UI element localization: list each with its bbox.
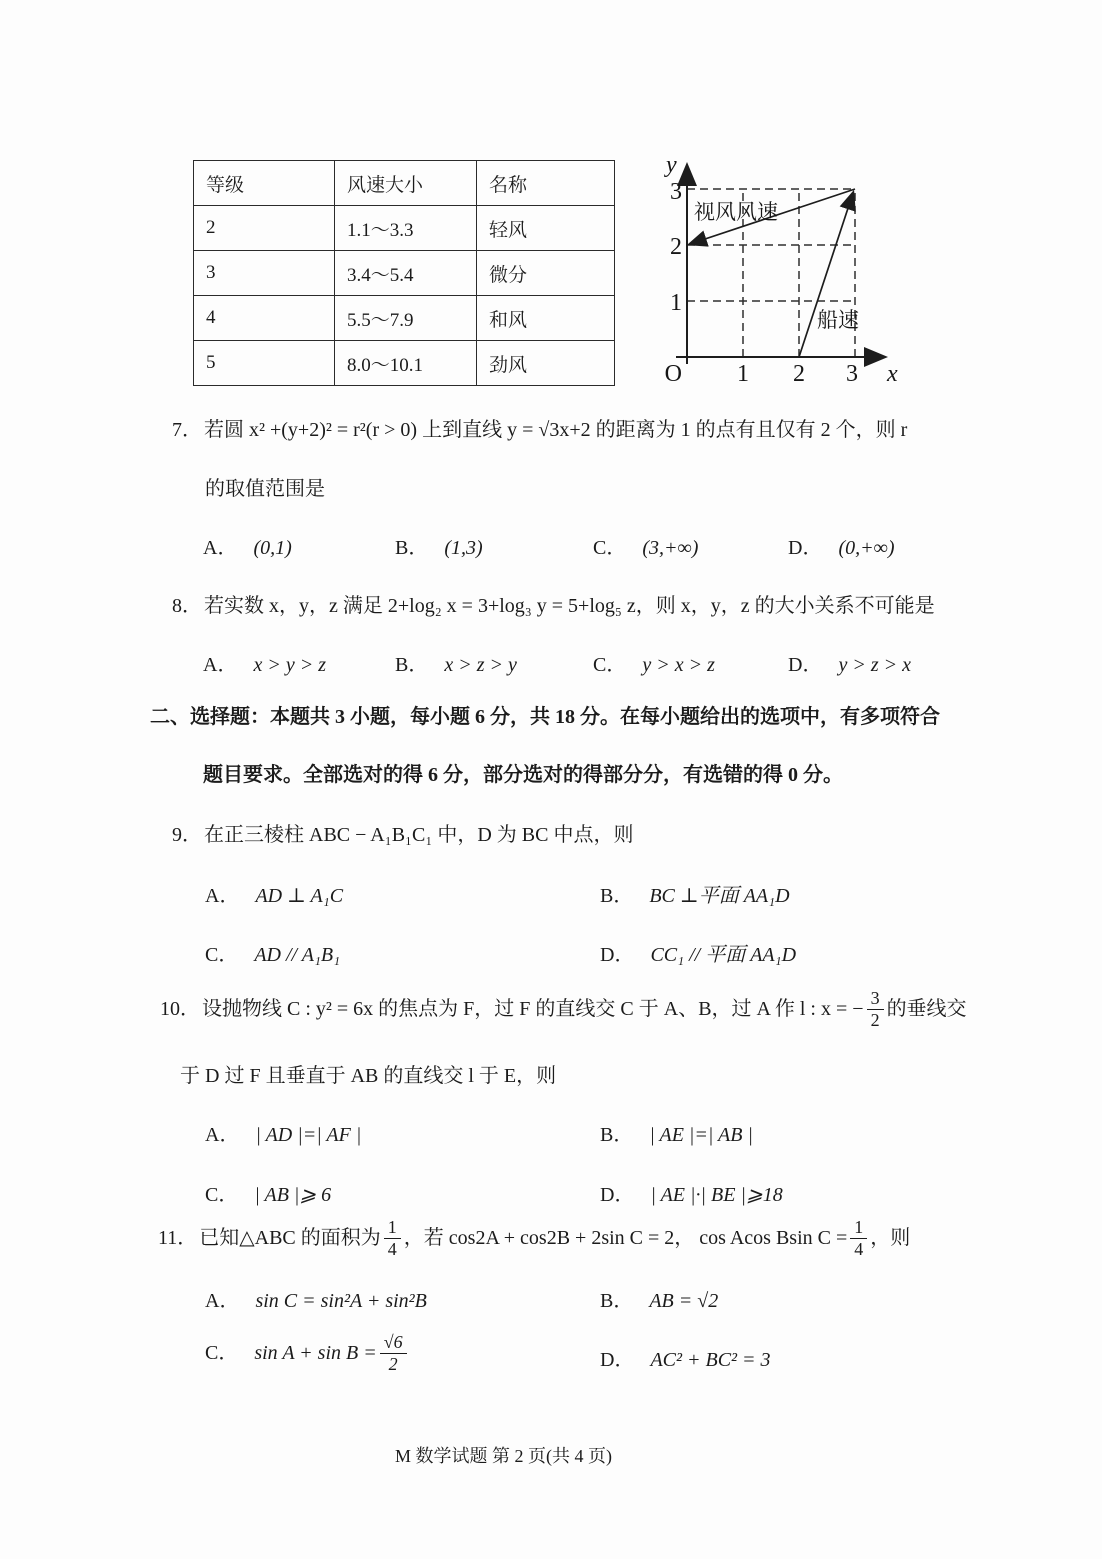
wind-table-header: 等级 <box>194 161 335 206</box>
q10-option-a: A．| AD |=| AF | <box>205 1122 361 1148</box>
option-text: (3,+∞) <box>642 537 698 559</box>
q9-option-b: B．BC ⊥平面 AA₁D <box>600 883 790 909</box>
wind-table-row: 2 1.1～3.3 轻风 <box>194 206 615 251</box>
wind-table-row: 5 8.0～10.1 劲风 <box>194 341 615 386</box>
option-text: | AB |⩾ 6 <box>254 1184 331 1206</box>
q10-stem-post: 的垂线交 <box>887 996 967 1022</box>
option-label: C． <box>593 654 626 676</box>
fraction-denominator: 2 <box>871 1010 880 1030</box>
y-tick-3: 3 <box>670 179 682 205</box>
q11-stem-pre: 已知△ABC 的面积为 <box>199 1225 381 1251</box>
question-number: 10． <box>160 996 200 1022</box>
q8-option-a: A．x > y > z <box>203 652 326 678</box>
option-label: C． <box>205 1184 238 1206</box>
table-cell: 3.4～5.4 <box>335 251 477 296</box>
fraction-numerator: 1 <box>384 1218 401 1239</box>
q10-option-d: D．| AE |·| BE |⩾18 <box>600 1182 783 1208</box>
q7-option-c: C．(3,+∞) <box>593 535 698 561</box>
option-label: C． <box>205 944 238 966</box>
fraction-numerator: √6 <box>380 1333 407 1354</box>
q10-stem-line2: 于 D 过 F 且垂直于 AB 的直线交 l 于 E，则 <box>180 1063 556 1089</box>
option-label: B． <box>600 1290 633 1312</box>
option-label: B． <box>600 885 633 907</box>
q9-option-a: A．AD ⊥ A₁C <box>205 883 343 909</box>
q11-option-b: B．AB = √2 <box>600 1288 718 1314</box>
question-number: 8． <box>172 595 202 617</box>
q11-stem-post: ，则 <box>870 1225 910 1251</box>
fraction: 14 <box>850 1218 867 1259</box>
option-text: | AD |=| AF | <box>255 1124 361 1146</box>
table-cell: 轻风 <box>477 206 615 251</box>
section2-header-line2: 题目要求。全部选对的得 6 分，部分选对的得部分分，有选错的得 0 分。 <box>203 762 843 788</box>
q7-option-a: A．(0,1) <box>203 535 292 561</box>
option-text: BC ⊥平面 AA₁D <box>649 885 789 907</box>
table-cell: 微分 <box>477 251 615 296</box>
table-cell: 3 <box>194 251 335 296</box>
option-label: C． <box>205 1340 238 1366</box>
wind-table-header: 风速大小 <box>335 161 477 206</box>
option-label: D． <box>600 1349 634 1371</box>
option-text: (0,1) <box>253 537 291 559</box>
q10-option-c: C．| AB |⩾ 6 <box>205 1182 331 1208</box>
option-text: sin C = sin²A + sin²B <box>255 1290 426 1312</box>
table-cell: 和风 <box>477 296 615 341</box>
q8-option-b: B．x > z > y <box>395 652 517 678</box>
q8-stem-text: 若实数 x，y，z 满足 2+log₂ x = 3+log₃ y = 5+log… <box>204 595 935 617</box>
option-text: (1,3) <box>444 537 482 559</box>
fraction-denominator: 4 <box>854 1239 863 1259</box>
option-text: x > z > y <box>444 654 517 676</box>
q8-stem: 8．若实数 x，y，z 满足 2+log₂ x = 3+log₃ y = 5+l… <box>172 593 935 619</box>
option-label: D． <box>788 537 822 559</box>
option-text: | AE |=| AB | <box>649 1124 753 1146</box>
wind-table-header: 名称 <box>477 161 615 206</box>
table-cell: 2 <box>194 206 335 251</box>
option-label: A． <box>205 1124 239 1146</box>
option-text: y > z > x <box>838 654 911 676</box>
option-text: AC² + BC² = 3 <box>650 1349 770 1371</box>
table-cell: 1.1～3.3 <box>335 206 477 251</box>
fraction-numerator: 3 <box>867 989 884 1010</box>
q7-stem-line1: 7．若圆 x² +(y+2)² = r²(r > 0) 上到直线 y = √3x… <box>172 417 907 443</box>
option-label: A． <box>205 1290 239 1312</box>
question-number: 9． <box>172 824 202 846</box>
table-cell: 劲风 <box>477 341 615 386</box>
option-label: A． <box>203 537 237 559</box>
q8-option-c: C．y > x > z <box>593 652 715 678</box>
option-text: | AE |·| BE |⩾18 <box>650 1184 782 1206</box>
origin-label: O <box>665 361 682 387</box>
option-label: D． <box>600 944 634 966</box>
q8-option-d: D．y > z > x <box>788 652 911 678</box>
table-cell: 4 <box>194 296 335 341</box>
x-axis-label: x <box>886 361 898 387</box>
option-text: CC₁ // 平面 AA₁D <box>650 944 796 966</box>
y-tick-1: 1 <box>670 290 682 316</box>
q9-option-c: C．AD // A₁B₁ <box>205 942 340 968</box>
q10-stem-line1: 10． 设抛物线 C : y² = 6x 的焦点为 F，过 F 的直线交 C 于… <box>160 985 967 1033</box>
option-label: B． <box>395 654 428 676</box>
option-text: x > y > z <box>253 654 326 676</box>
ship-speed-vector <box>799 193 853 357</box>
option-label: C． <box>593 537 626 559</box>
fraction: √62 <box>380 1333 407 1374</box>
option-label: A． <box>205 885 239 907</box>
table-cell: 5.5～7.9 <box>335 296 477 341</box>
q7-option-b: B．(1,3) <box>395 535 483 561</box>
fraction-denominator: 4 <box>388 1239 397 1259</box>
apparent-wind-label: 视风风速 <box>694 200 778 224</box>
option-label: B． <box>600 1124 633 1146</box>
option-text: (0,+∞) <box>838 537 894 559</box>
y-axis-label: y <box>664 152 677 178</box>
option-text: sin A + sin B = <box>254 1340 376 1366</box>
q10-stem-pre: 设抛物线 C : y² = 6x 的焦点为 F，过 F 的直线交 C 于 A、B… <box>202 996 864 1022</box>
q9-stem-text: 在正三棱柱 ABC − A₁B₁C₁ 中，D 为 BC 中点，则 <box>204 824 633 846</box>
table-cell: 5 <box>194 341 335 386</box>
option-label: D． <box>600 1184 634 1206</box>
table-cell: 8.0～10.1 <box>335 341 477 386</box>
q11-option-c: C． sin A + sin B = √62 <box>205 1325 410 1381</box>
q7-stem-line2: 的取值范围是 <box>205 476 325 502</box>
ship-speed-label: 船速 <box>817 308 859 332</box>
wind-table: 等级 风速大小 名称 2 1.1～3.3 轻风 3 3.4～5.4 微分 4 5… <box>193 160 615 386</box>
fraction: 32 <box>867 989 884 1030</box>
option-text: AD // A₁B₁ <box>254 944 340 966</box>
x-tick-2: 2 <box>793 361 805 387</box>
q9-option-d: D．CC₁ // 平面 AA₁D <box>600 942 796 968</box>
question-number: 7． <box>172 419 202 441</box>
q7-stem-text: 若圆 x² +(y+2)² = r²(r > 0) 上到直线 y = √3x+2… <box>204 419 907 441</box>
y-tick-2: 2 <box>670 234 682 260</box>
page-footer: M 数学试题 第 2 页(共 4 页) <box>395 1442 612 1468</box>
x-tick-3: 3 <box>846 361 858 387</box>
x-tick-1: 1 <box>737 361 749 387</box>
option-label: A． <box>203 654 237 676</box>
option-label: B． <box>395 537 428 559</box>
fraction-numerator: 1 <box>850 1218 867 1239</box>
fraction: 14 <box>384 1218 401 1259</box>
q9-stem: 9．在正三棱柱 ABC − A₁B₁C₁ 中，D 为 BC 中点，则 <box>172 822 633 848</box>
option-label: D． <box>788 654 822 676</box>
exam-page: 等级 风速大小 名称 2 1.1～3.3 轻风 3 3.4～5.4 微分 4 5… <box>0 0 1102 1559</box>
question-number: 11． <box>158 1225 197 1251</box>
option-text: AB = √2 <box>649 1290 718 1312</box>
option-text: y > x > z <box>642 654 715 676</box>
fraction-denominator: 2 <box>389 1354 398 1374</box>
q7-option-d: D．(0,+∞) <box>788 535 895 561</box>
wind-table-row: 3 3.4～5.4 微分 <box>194 251 615 296</box>
q10-option-b: B．| AE |=| AB | <box>600 1122 753 1148</box>
wind-table-header-row: 等级 风速大小 名称 <box>194 161 615 206</box>
q11-option-d: D．AC² + BC² = 3 <box>600 1347 771 1373</box>
q11-stem: 11． 已知△ABC 的面积为 14 ，若 cos2A + cos2B + 2s… <box>158 1213 910 1263</box>
q11-option-a: A．sin C = sin²A + sin²B <box>205 1288 427 1314</box>
vector-diagram: y 3 2 1 O 1 2 3 x 视风风速 船速 <box>648 150 904 393</box>
option-text: AD ⊥ A₁C <box>255 885 343 907</box>
q11-stem-mid: ，若 cos2A + cos2B + 2sin C = 2， cos Acos … <box>404 1225 847 1251</box>
wind-table-row: 4 5.5～7.9 和风 <box>194 296 615 341</box>
section2-header-line1: 二、选择题：本题共 3 小题，每小题 6 分，共 18 分。在每小题给出的选项中… <box>150 704 940 730</box>
